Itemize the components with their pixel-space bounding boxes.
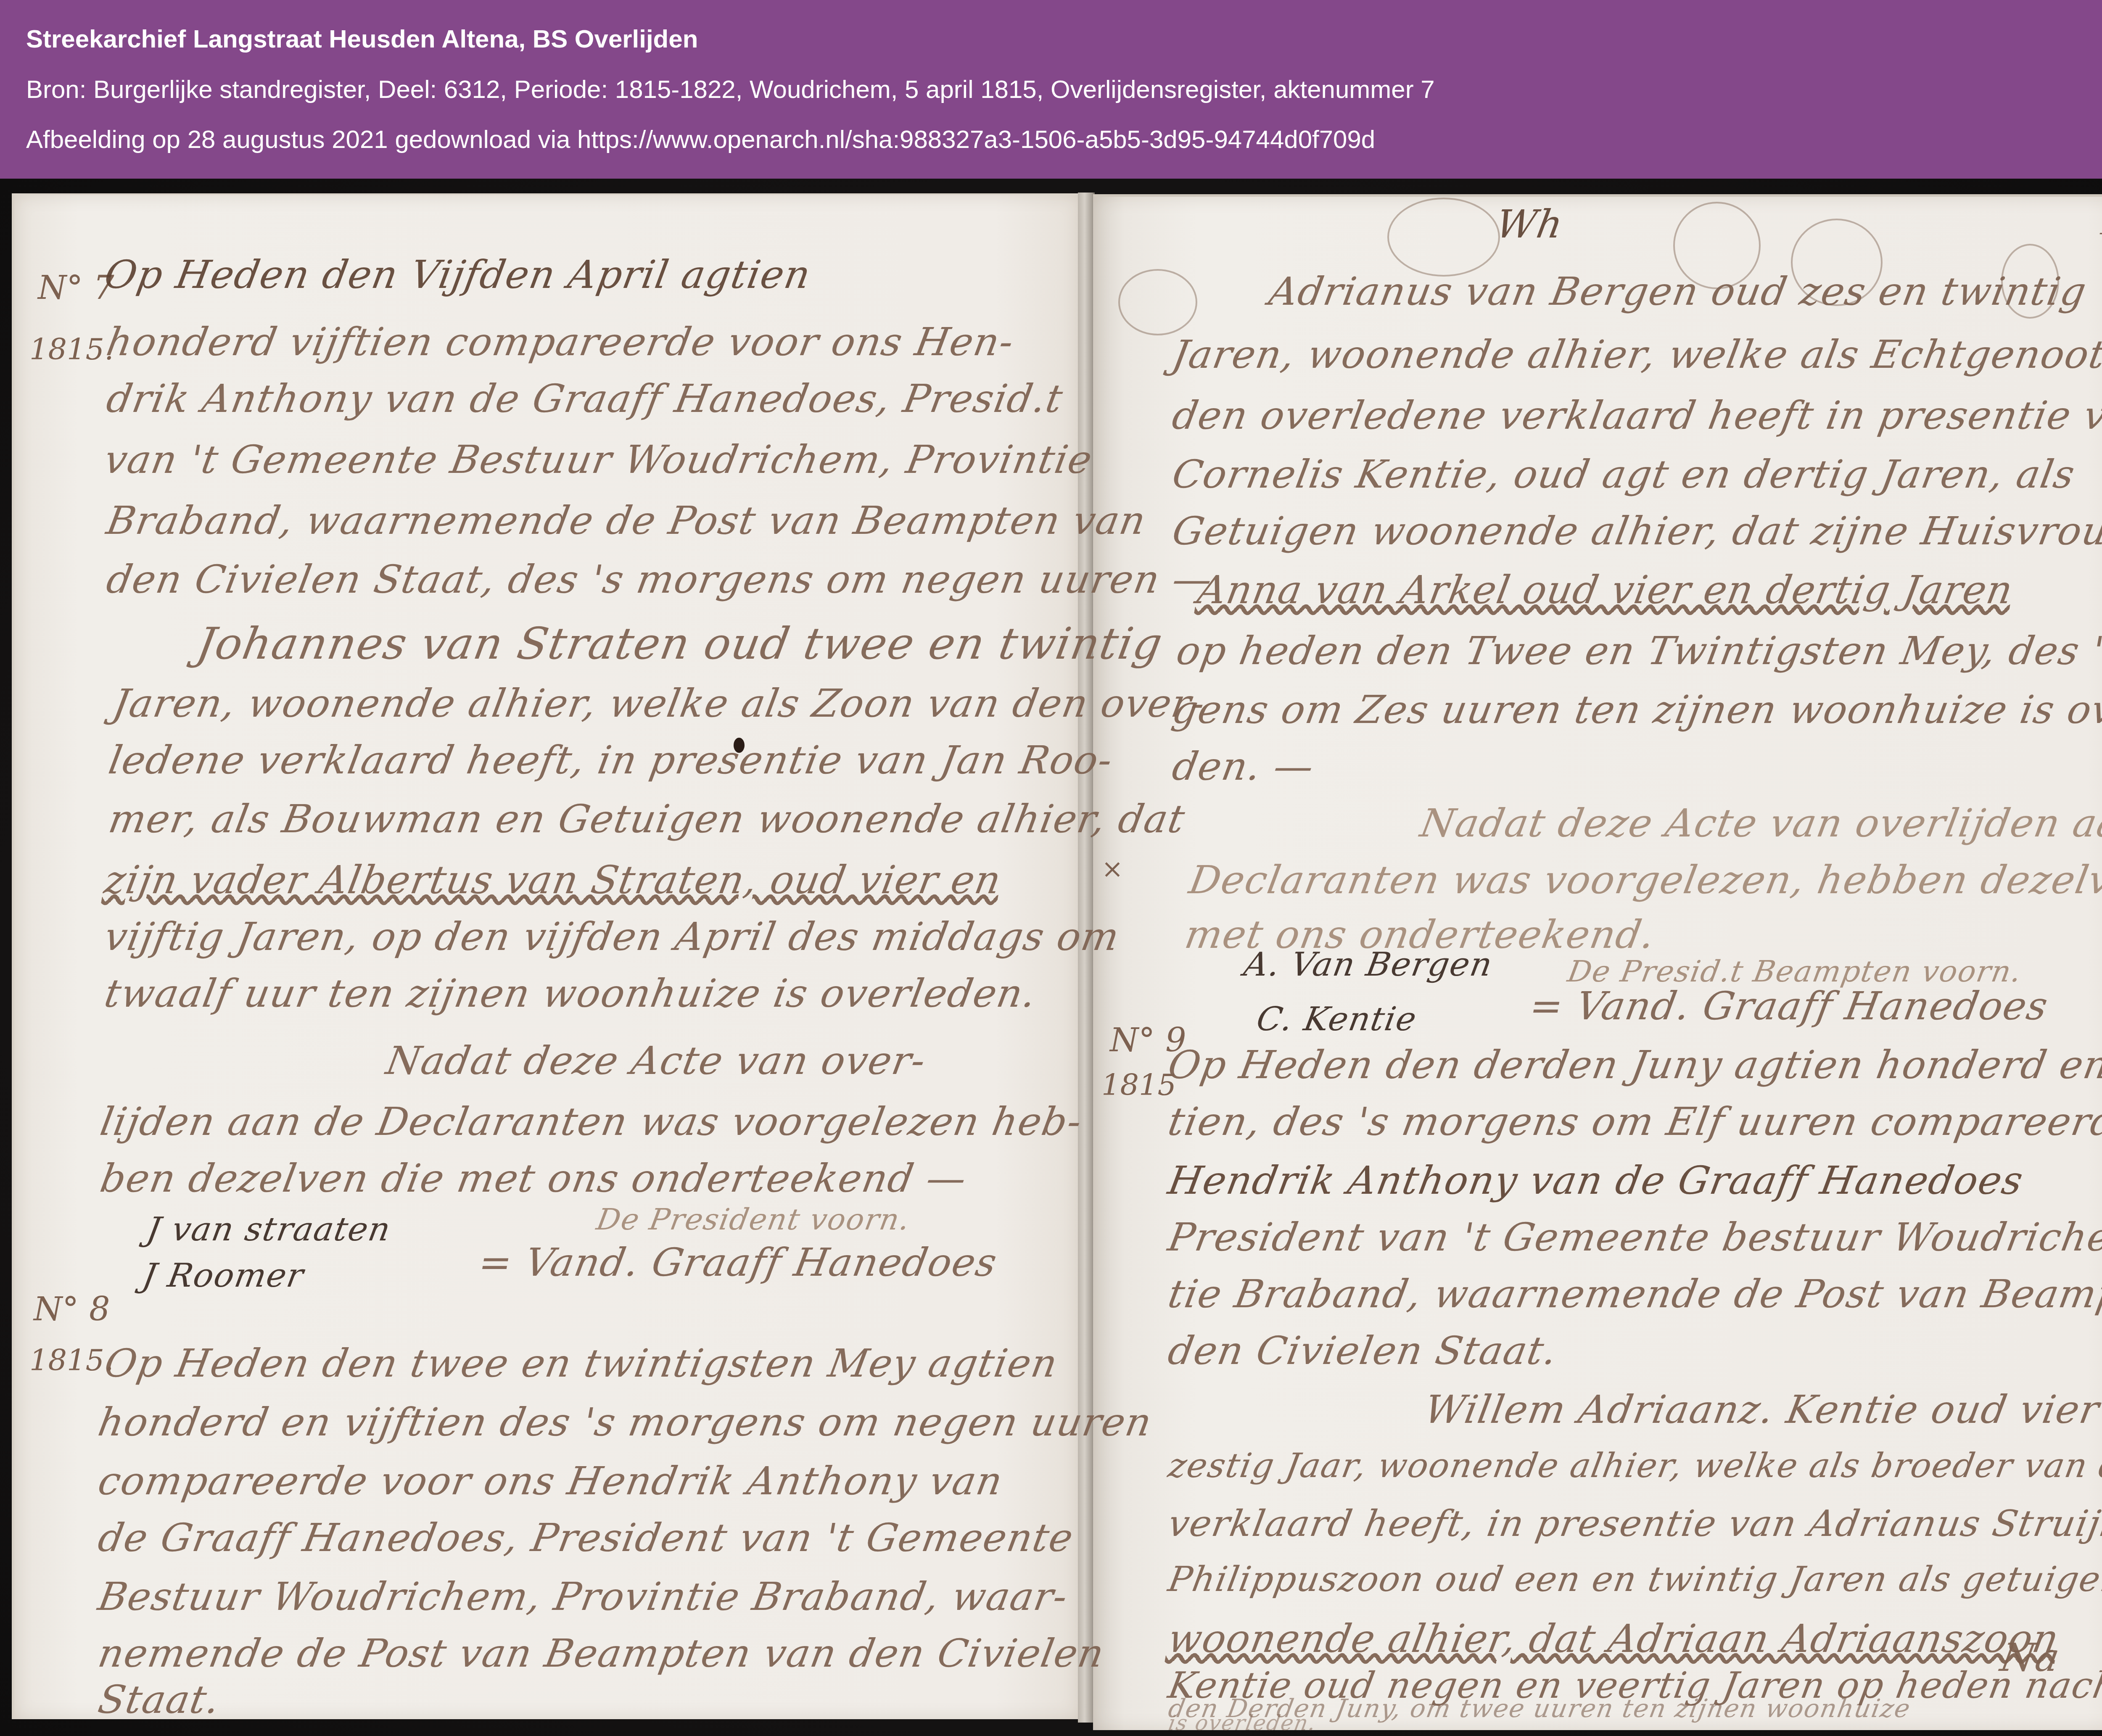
handwritten-line: President van 't Gemeente bestuur Woudri… [1165,1215,2102,1260]
signature-declarant: J van straaten [144,1211,394,1248]
handwritten-line: Jaren, woonende alhier, welke als Echtge… [1169,332,2102,377]
handwritten-line: Willem Adriaanz. Kentie oud vier en [1421,1387,2102,1432]
handwritten-line: woonende alhier, dat Adriaan Adriaanszoo… [1165,1616,2063,1661]
handwritten-line: Philippuszoon oud een en twintig Jaren a… [1165,1559,2102,1599]
download-notice: Afbeelding op 28 augustus 2021 gedownloa… [26,125,1375,154]
margin-note-act-number: N° 8 [34,1290,110,1328]
ink-blot [734,738,745,753]
handwritten-line: twaalf uur ten zijnen woonhuize is overl… [101,971,1040,1016]
page-number: 10 [2098,210,2102,241]
handwritten-line: honderd vijftien compareerde voor ons He… [103,319,1018,364]
handwritten-line: ledene verklaard heeft, in presentie van… [106,738,1117,783]
handwritten-line: Nadat deze Acte van overlijden aan de [1417,801,2102,846]
handwritten-line: Getuigen woonende alhier, dat zijne Huis… [1169,509,2102,554]
margin-note-year: 1815. [29,1343,114,1377]
handwritten-line: Declaranten was voorgelezen, hebben deze… [1186,857,2102,902]
handwritten-line: tie Braband, waarnemende de Post van Bea… [1165,1272,2102,1317]
handwritten-line: Braband, waarnemende de Post van Beampte… [103,498,1150,543]
handwritten-line: zijn vader Albertus van Straten, oud vie… [101,857,1005,902]
handwritten-line: de Graaff Hanedoes, President van 't Gem… [95,1515,1077,1560]
handwritten-line: den overledene verklaard heeft in presen… [1169,393,2102,438]
decorative-flourish [1118,269,1197,335]
handwritten-line: Op Heden den Vijfden April agtien [101,252,815,297]
signature-declarant: A. Van Bergen [1241,946,1496,984]
handwritten-line: Staat. [95,1677,224,1722]
archive-title: Streekarchief Langstraat Heusden Altena,… [26,24,698,53]
catchword: Na [1997,1635,2064,1680]
handwritten-line: compareerde voor ons Hendrik Anthony van [95,1459,1006,1504]
president-caption: De President voorn. [594,1202,913,1237]
handwritten-line: Bestuur Woudrichem, Provintie Braband, w… [95,1574,1072,1619]
signature-president: = Vand. Graaff Hanedoes [1526,984,2052,1029]
signature-witness: C. Kentie [1254,1000,1420,1038]
handwritten-line: Op Heden den derden Juny agtien honderd … [1165,1042,2102,1087]
handwritten-line: ben dezelven die met ons onderteekend — [97,1156,971,1201]
handwritten-line: Adrianus van Bergen oud zes en twintig [1266,269,2090,314]
handwritten-line: den Civielen Staat. [1165,1328,1561,1373]
signature-president: = Vand. Graaff Hanedoes [475,1240,1001,1285]
handwritten-line: drik Anthony van de Graaff Hanedoes, Pre… [103,376,1067,421]
handwritten-line: Hendrik Anthony van de Graaff Hanedoes [1165,1158,2027,1203]
margin-cross-mark: × [1101,853,1123,884]
handwritten-line: verklaard heeft, in presentie van Adrian… [1165,1503,2102,1545]
handwritten-line: is overleden. [1167,1711,1318,1735]
handwritten-line: den Civielen Staat, des 's morgens om ne… [103,557,1217,602]
handwritten-line: tien, des 's morgens om Elf uuren compar… [1165,1099,2102,1144]
header-mark: Wh [1493,202,1567,247]
handwritten-line: den. — [1169,744,1318,789]
handwritten-line: zestig Jaar, woonende alhier, welke als … [1165,1446,2102,1485]
handwritten-line: Jaren, woonende alhier, welke als Zoon v… [110,681,1209,726]
handwritten-line: Cornelis Kentie, oud agt en dertig Jaren… [1169,452,2079,497]
margin-note-year: 1815. [29,332,114,367]
handwritten-line: vijftig Jaren, op den vijfden April des … [101,914,1123,959]
handwritten-line: op heden den Twee en Twintigsten Mey, de… [1173,628,2102,673]
signature-witness: J Roomer [140,1257,307,1295]
handwritten-line: mer, als Bouwman en Getuigen woonende al… [106,797,1189,842]
handwritten-line: honderd en vijftien des 's morgens om ne… [95,1400,1156,1445]
handwritten-line: Johannes van Straten oud twee en twintig [193,618,1167,669]
source-citation: Bron: Burgerlijke standregister, Deel: 6… [26,75,1435,104]
handwritten-line: Nadat deze Acte van over- [383,1038,930,1083]
handwritten-line: nemende de Post van Beampten van den Civ… [95,1631,1108,1676]
archive-header: Streekarchief Langstraat Heusden Altena,… [0,0,2102,179]
handwritten-line: van 't Gemeente Bestuur Woudrichem, Prov… [101,437,1096,482]
handwritten-line: Anna van Arkel oud vier en dertig Jaren [1194,567,2017,612]
handwritten-line: lijden aan de Declaranten was voorgeleze… [97,1099,1086,1144]
decorative-flourish [1387,198,1500,277]
handwritten-line: Op Heden den twee en twintigsten Mey agt… [101,1341,1062,1386]
handwritten-line: gens om Zes uuren ten zijnen woonhuize i… [1169,687,2102,732]
